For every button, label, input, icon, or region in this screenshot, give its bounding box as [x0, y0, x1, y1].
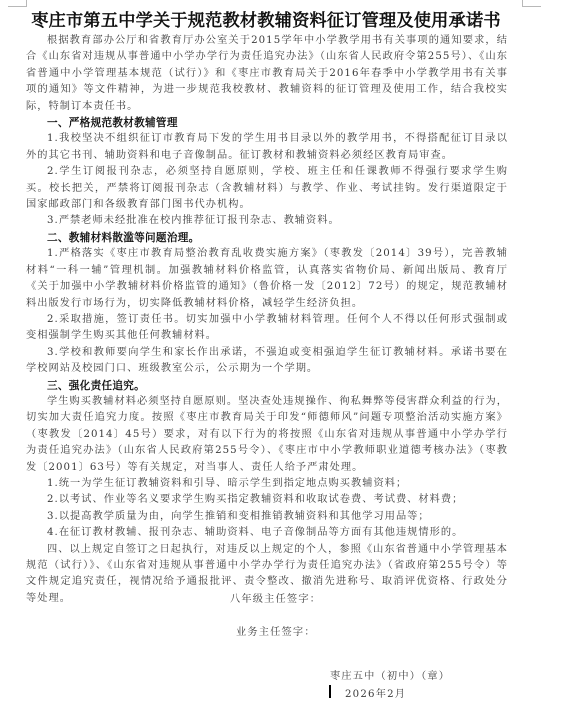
section-1-item-3: 3.严禁老师未经批准在校内推荐征订报刊杂志、教辅资料。: [26, 213, 508, 229]
section-2-item-1: 1.严格落实《枣庄市教育局整治教育乱收费实施方案》（枣教发〔2014〕39号），…: [26, 246, 508, 312]
section-1-item-1: 1.我校坚决不组织征订市教育局下发的学生用书目录以外的教学用书，不得搭配征订目录…: [26, 131, 508, 164]
section-2-item-3: 3.学校和教师要向学生和家长作出承诺，不强迫或变相强迫学生征订教辅材料。承诺书要…: [26, 345, 508, 378]
section-1-item-2: 2.学生订阅报刊杂志，必须坚持自愿原则，学校、班主任和任课教师不得强行要求学生购…: [26, 164, 508, 213]
section-heading-3: 三、强化责任追究。: [26, 378, 508, 394]
document-date: 2026年2月: [345, 685, 406, 700]
section-2-item-2: 2.采取措施，签订责任书。切实加强中小学教辅材料管理。任何个人不得以任何形式强制…: [26, 312, 508, 345]
section-3-item-3: 3.以提高教学质量为由，向学生推销和变相推销教辅资料和其他学习用品等；: [26, 509, 508, 525]
business-director-signature-label: 业务主任签字：: [236, 623, 316, 638]
section-3-item-1: 1.统一为学生征订教辅资料和引导、暗示学生到指定地点购买教辅资料；: [26, 476, 508, 492]
text-cursor: [329, 685, 331, 698]
section-3-intro: 学生购买教辅材料必须坚持自愿原则。坚决查处违规操作、徇私舞弊等侵害群众利益的行为…: [26, 394, 508, 476]
document-page: 枣庄市第五中学关于规范教材教辅资料征订管理及使用承诺书 根据教育部办公厅和省教育…: [26, 10, 508, 607]
intro-paragraph: 根据教育部办公厅和省教育厅办公室关于2015学年中小学教学用书有关事项的通知要求…: [26, 33, 508, 115]
section-3-item-4: 4.在征订教材教辅、报刊杂志、辅助资料、电子音像制品等方面有其他违规情形的。: [26, 525, 508, 541]
page-corner-mark-right: [522, 0, 541, 7]
page-corner-mark-left: [8, 0, 27, 7]
issuer-seal-label: 枣庄五中（初中）（章）: [330, 667, 450, 682]
section-heading-2: 二、教辅材料散滥等问题治理。: [26, 230, 508, 246]
document-title: 枣庄市第五中学关于规范教材教辅资料征订管理及使用承诺书: [24, 10, 508, 32]
section-3-item-2: 2.以考试、作业等名义要求学生购买指定教辅资料和收取试卷费、考试费、材料费；: [26, 492, 508, 508]
section-heading-1: 一、严格规范教材教辅管理: [26, 115, 508, 131]
grade-director-signature-label: 八年级主任签字：: [230, 590, 321, 605]
